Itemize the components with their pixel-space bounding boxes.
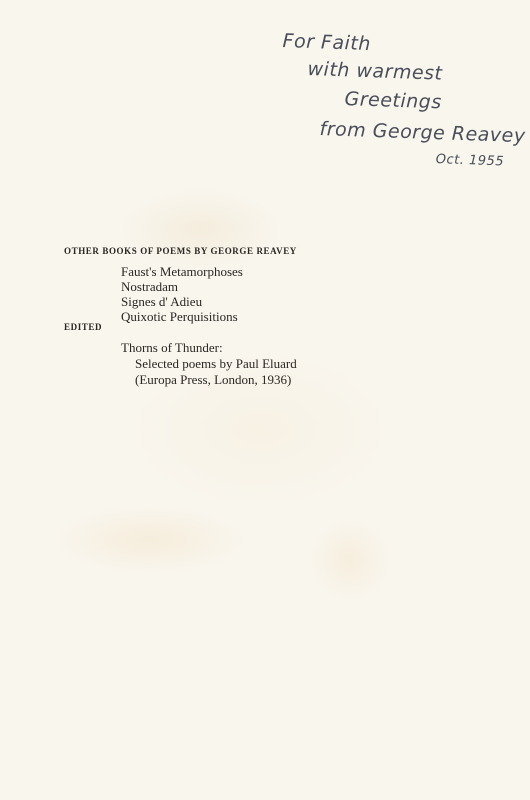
edited-title: Thorns of Thunder: xyxy=(121,340,297,356)
inscription-line: Greetings xyxy=(344,88,442,113)
edited-publisher: (Europa Press, London, 1936) xyxy=(121,372,297,388)
book-title: Quixotic Perquisitions xyxy=(121,308,243,323)
inscription-date: Oct. 1955 xyxy=(435,152,504,169)
inscription-line: with warmest xyxy=(307,58,443,85)
other-books-list: Faust's Metamorphoses Nostradam Signes d… xyxy=(121,263,243,323)
edited-heading: EDITED xyxy=(64,322,102,332)
other-books-heading: OTHER BOOKS OF POEMS BY GEORGE REAVEY xyxy=(64,246,297,256)
edited-entry: Thorns of Thunder: Selected poems by Pau… xyxy=(121,340,297,388)
edited-subtitle: Selected poems by Paul Eluard xyxy=(121,356,297,372)
book-title: Signes d' Adieu xyxy=(121,293,243,308)
book-title: Faust's Metamorphoses xyxy=(121,263,243,278)
book-title: Nostradam xyxy=(121,278,243,293)
inscription-line: For Faith xyxy=(282,30,371,55)
book-page xyxy=(0,0,530,800)
